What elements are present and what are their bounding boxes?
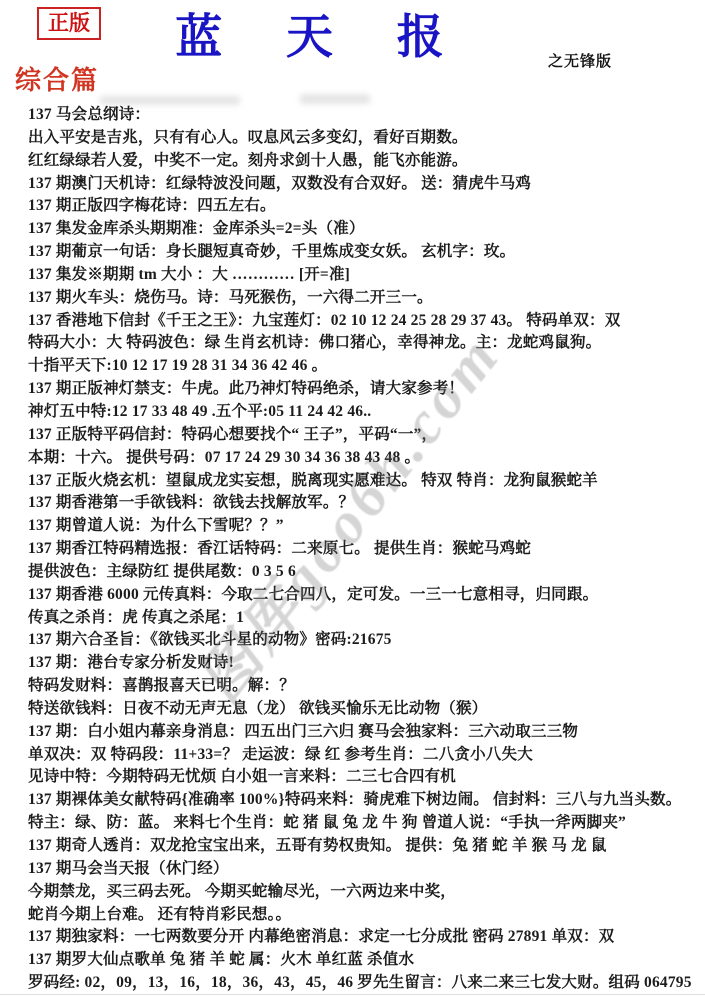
newspaper-page: 正版 蓝 天 报 之无锋版 综合篇 图库goo6h.com 137 马会总纲诗：… — [0, 0, 705, 997]
report-line: 137 期奇人透肖：双龙抢宝宝出来，五哥有势权贵知。 提供：兔 猪 蛇 羊 猴 … — [28, 835, 705, 858]
page-bottom-edge — [0, 994, 705, 995]
scan-artifact — [300, 94, 370, 104]
report-line: 137 期马会当天报（休门经） — [28, 858, 705, 881]
report-line: 传真之杀肖：虎 传真之杀尾：1 — [28, 607, 705, 630]
report-line: 红红绿绿若人爱，中奖不一定。刻舟求剑十人愚，能飞亦能游。 — [28, 150, 705, 173]
report-line: 137 正版特平码信封：特码心想要找个“ 王子”，平码“一”， — [28, 424, 705, 447]
report-line: 137 期罗大仙点歌单 兔 猪 羊 蛇 属：火木 单红蓝 杀值水 — [28, 949, 705, 972]
report-line: 137 期：白小姐内幕亲身消息：四五出门三六归 赛马会独家料：三六动取三三物 — [28, 721, 705, 744]
report-line: 十指平天下:10 12 17 19 28 31 34 36 42 46 。 — [28, 355, 705, 378]
report-line: 单双决：双 特码段：11+33=？ 走运波：绿 红 参考生肖：二八贪小八失大 — [28, 744, 705, 767]
report-line: 特码大小：大 特码波色：绿 生肖玄机诗：佛口猪心，幸得神龙。主：龙蛇鸡鼠狗。 — [28, 332, 705, 355]
report-line: 特送欲钱料：日夜不动无声无息（龙） 欲钱买愉乐无比动物（猴） — [28, 698, 705, 721]
report-line: 137 马会总纲诗： — [28, 104, 705, 127]
report-line: 137 期裸体美女献特码{准确率 100%}特码来料：骑虎难下树边闹。 信封料：… — [28, 789, 705, 812]
report-line: 137 期葡京一句话：身长腿短真奇妙，千里炼成变女妖。 玄机字：玫。 — [28, 241, 705, 264]
report-line: 137 期火车头：烧伤马。诗：马死猴伤，一六得二开三一。 — [28, 287, 705, 310]
report-line: 137 期：港台专家分析发财诗! — [28, 652, 705, 675]
report-line: 137 集发※期期 tm 大小 ：大 ………… [开=准] — [28, 264, 705, 287]
report-line: 特主：绿、防：蓝。 来料七个生肖：蛇 猪 鼠 兔 龙 牛 狗 曾道人说：“手执一… — [28, 812, 705, 835]
report-line: 137 期香港 6000 元传真料：今取二七合四八，定可发。一三一七意相寻，归同… — [28, 584, 705, 607]
report-line: 本期：十六。 提供号码：07 17 24 29 30 34 36 38 43 4… — [28, 447, 705, 470]
report-line: 蛇肖今期上台难。 还有特肖彩民想。。 — [28, 904, 705, 927]
report-line: 今期禁龙，买三码去死。 今期买蛇输尽光，一六两边来中奖， — [28, 881, 705, 904]
report-line: 137 期独家料：一七两数要分开 内幕绝密消息：求定一七分成批 密码 27891… — [28, 926, 705, 949]
report-line: 神灯五中特:12 17 33 48 49 .五个平:05 11 24 42 46… — [28, 401, 705, 424]
report-line: 137 期香港第一手欲钱料：欲钱去找解放军。？ — [28, 492, 705, 515]
report-line: 罗码经: 02，09，13，16，18，36，43，45，46 罗先生留言：八来… — [28, 972, 705, 995]
report-line: 137 期香江特码精选报：香江话特码：二来原七。 提供生肖：猴蛇马鸡蛇 — [28, 538, 705, 561]
report-line: 137 集发金库杀头期期准：金库杀头=2=头（准） — [28, 218, 705, 241]
report-line: 137 期正版四字梅花诗：四五左右。 — [28, 195, 705, 218]
report-line: 137 正版火烧玄机：望鼠成龙实妄想，脱离现实愿难达。 特双 特肖：龙狗鼠猴蛇羊 — [28, 470, 705, 493]
edition-label: 之无锋版 — [548, 50, 612, 71]
report-line: 137 香港地下信封《千王之王》：九宝莲灯：02 10 12 24 25 28 … — [28, 310, 705, 333]
report-line: 见诗中特：今期特码无忧烦 白小姐一言来料：二三七合四有机 — [28, 766, 705, 789]
report-line: 137 期曾道人说：为什么下雪呢？？” — [28, 515, 705, 538]
report-line: 137 期六合圣旨：《欲钱买北斗星的动物》密码:21675 — [28, 629, 705, 652]
report-line: 137 期澳门天机诗：红绿特波没问题，双数没有合双好。 送：猜虎牛马鸡 — [28, 173, 705, 196]
section-title: 综合篇 — [15, 60, 99, 97]
report-line: 137 期正版神灯禁支：牛虎。此乃神灯特码绝杀，请大家参考！ — [28, 378, 705, 401]
report-line: 提供波色：主绿防红 提供尾数：0 3 5 6 — [28, 561, 705, 584]
report-line: 特码发财料：喜鹊报喜天已明。解：？ — [28, 675, 705, 698]
report-body: 137 马会总纲诗：出入平安是吉兆，只有有心人。叹息风云多变幻，看好百期数。红红… — [28, 104, 705, 995]
report-line: 出入平安是吉兆，只有有心人。叹息风云多变幻，看好百期数。 — [28, 127, 705, 150]
